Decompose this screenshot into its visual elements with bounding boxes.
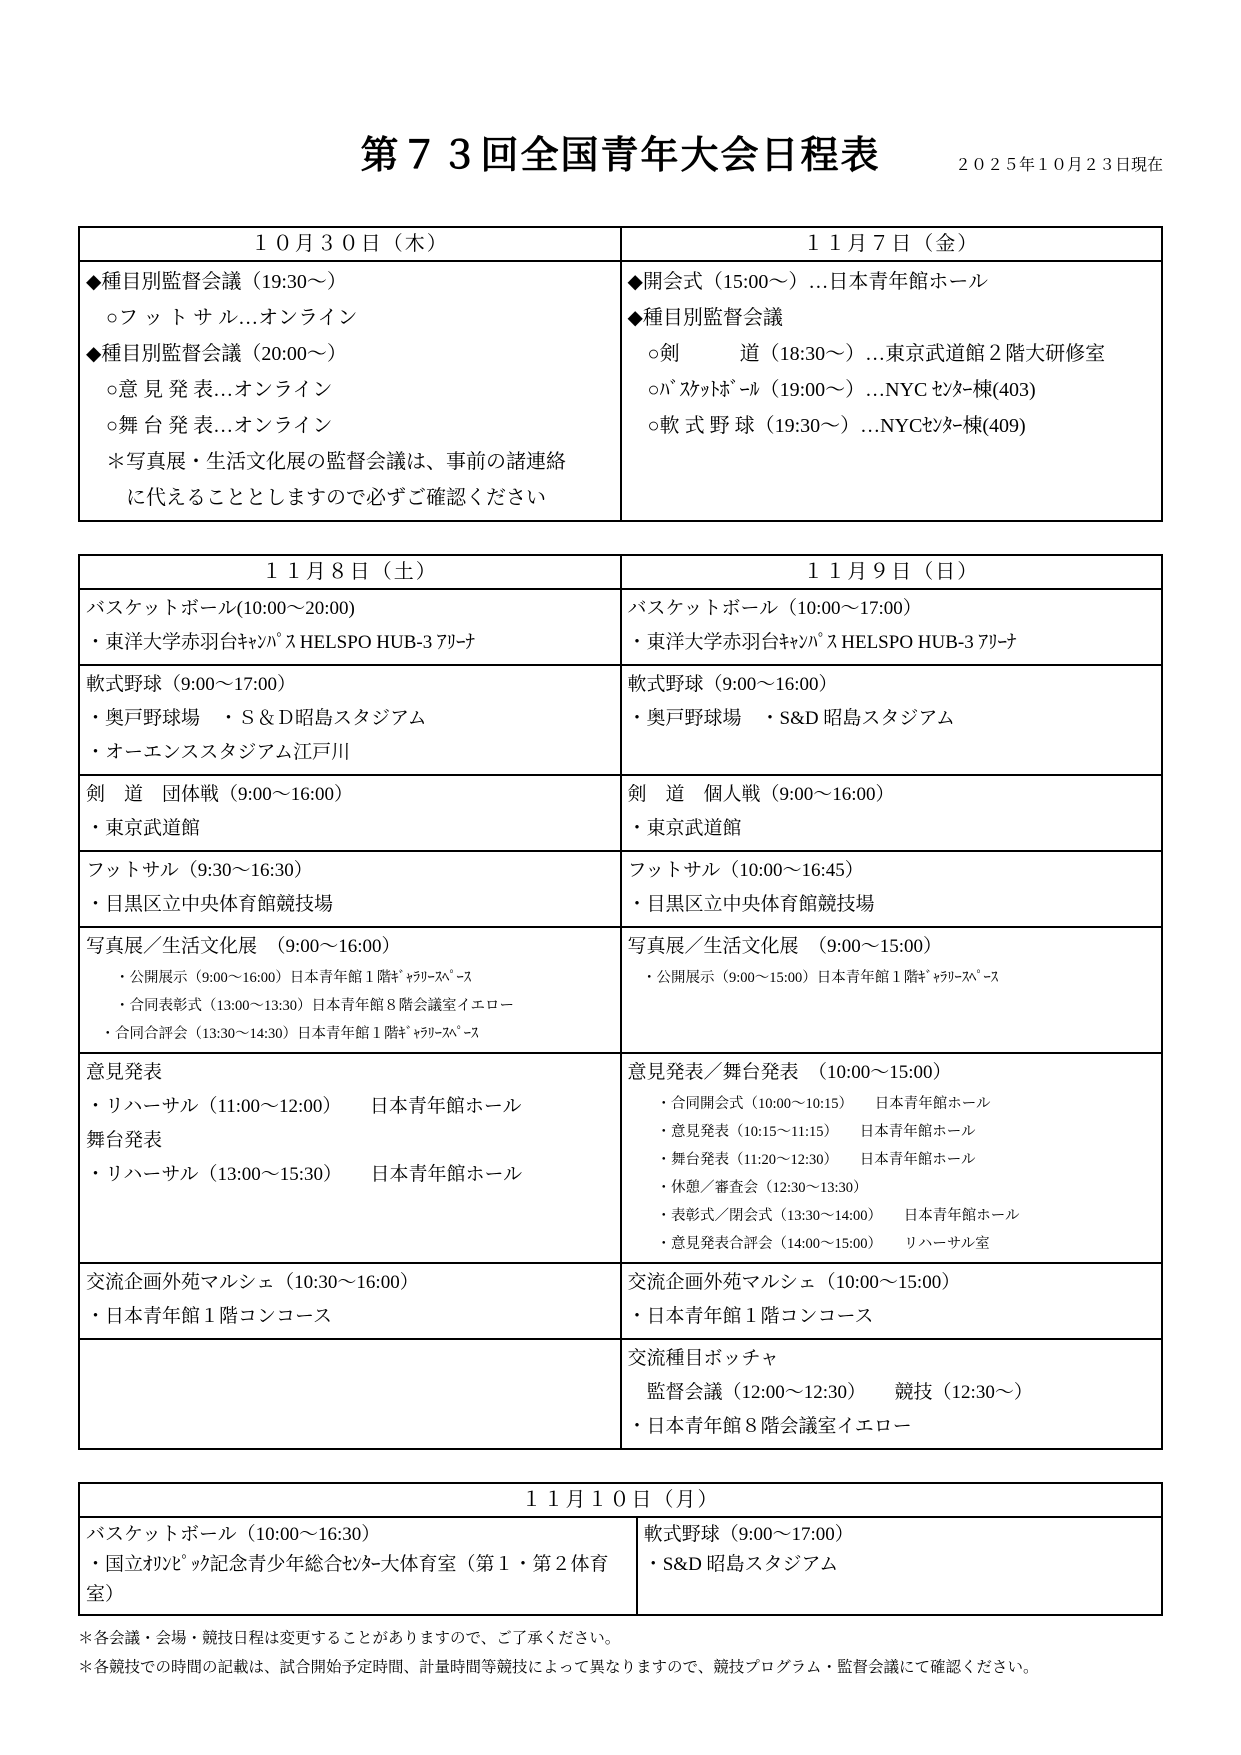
table-row: 交流種目ボッチャ 監督会議（12:00～12:30） 競技（12:30～）・日本… (79, 1339, 1162, 1449)
table-cell: 意見発表／舞台発表 （10:00～15:00） ・合同開会式（10:00～10:… (621, 1053, 1163, 1263)
table-cell: ◆種目別監督会議（19:30～） ○フ ッ ト サ ル…オンライン◆種目別監督会… (79, 261, 621, 521)
schedule-table-oct30-nov7: １０月３０日（木）１１月７日（金）◆種目別監督会議（19:30～） ○フ ッ ト… (78, 226, 1163, 522)
cell-line: ・公開展示（9:00～16:00）日本青年館１階ｷﾞｬﾗﾘｰｽﾍﾟｰｽ (86, 964, 616, 992)
cell-line: フットサル（9:30～16:30） (86, 854, 616, 888)
cell-line: ・オーエンススタジアム江戸川 (86, 736, 616, 770)
cell-line: ・日本青年館８階会議室イエロー (628, 1410, 1158, 1444)
table-cell: ◆開会式（15:00～）…日本青年館ホール◆種目別監督会議 ○剣 道（18:30… (621, 261, 1163, 521)
cell-line: ・東京武道館 (86, 812, 616, 846)
cell-line: ・リハーサル（13:00～15:30） 日本青年館ホール (86, 1158, 616, 1192)
table-header-row: １０月３０日（木）１１月７日（金） (79, 227, 1162, 261)
cell-line: 舞台発表 (86, 1124, 616, 1158)
table-row: バスケットボール(10:00～20:00)・東洋大学赤羽台ｷｬﾝﾊﾟｽ HELS… (79, 589, 1162, 665)
schedule-table-nov8-nov9: １１月８日（土）１１月９日（日）バスケットボール(10:00～20:00)・東洋… (78, 554, 1163, 1450)
cell-line: ○意 見 発 表…オンライン (86, 372, 616, 408)
cell-line: ・東洋大学赤羽台ｷｬﾝﾊﾟｽ HELSPO HUB-3 ｱﾘｰﾅ (86, 626, 616, 660)
table-cell (79, 1339, 621, 1449)
cell-line: ◆種目別監督会議（19:30～） (86, 264, 616, 300)
table-cell: 剣 道 団体戦（9:00～16:00）・東京武道館 (79, 775, 621, 851)
footnote-2: ＊各競技での時間の記載は、試合開始予定時間、計量時間等競技によって異なりますので… (78, 1657, 1163, 1679)
table-cell: フットサル（9:30～16:30）・目黒区立中央体育館競技場 (79, 851, 621, 927)
table-cell: 軟式野球（9:00～17:00）・S&D 昭島スタジアム (637, 1517, 1162, 1615)
table-header-cell: １０月３０日（木） (79, 227, 621, 261)
cell-line: 軟式野球（9:00～17:00） (644, 1520, 1157, 1550)
table-row: 剣 道 団体戦（9:00～16:00）・東京武道館剣 道 個人戦（9:00～16… (79, 775, 1162, 851)
cell-line: に代えることとしますので必ずご確認ください (86, 480, 616, 516)
table-row: バスケットボール（10:00～16:30）・国立ｵﾘﾝﾋﾟｯｸ記念青少年総合ｾﾝ… (79, 1517, 1162, 1615)
table-cell: 写真展／生活文化展 （9:00～16:00） ・公開展示（9:00～16:00）… (79, 927, 621, 1053)
table-row: フットサル（9:30～16:30）・目黒区立中央体育館競技場フットサル（10:0… (79, 851, 1162, 927)
cell-line: ・奥戸野球場 ・Ｓ＆Ｄ昭島スタジアム (86, 702, 616, 736)
table-cell: 交流企画外苑マルシェ（10:30～16:00）・日本青年館１階コンコース (79, 1263, 621, 1339)
cell-line: ○ﾊﾞｽｹｯﾄﾎﾞｰﾙ（19:00～）…NYC ｾﾝﾀｰ棟(403) (628, 372, 1158, 408)
cell-line: ・意見発表合評会（14:00～15:00） リハーサル室 (628, 1230, 1158, 1258)
table-header-row: １１月１０日（月） (79, 1483, 1162, 1517)
cell-line: ・国立ｵﾘﾝﾋﾟｯｸ記念青少年総合ｾﾝﾀｰ大体育室（第１・第２体育室） (86, 1550, 632, 1610)
footnotes: ＊各会議・会場・競技日程は変更することがありますので、ご了承ください。 ＊各競技… (78, 1628, 1163, 1679)
table-row: ◆種目別監督会議（19:30～） ○フ ッ ト サ ル…オンライン◆種目別監督会… (79, 261, 1162, 521)
table-header-row: １１月８日（土）１１月９日（日） (79, 555, 1162, 589)
cell-line: バスケットボール（10:00～16:30） (86, 1520, 632, 1550)
table-row: 交流企画外苑マルシェ（10:30～16:00）・日本青年館１階コンコース交流企画… (79, 1263, 1162, 1339)
document-page: 第７３回全国青年大会日程表 ２０２５年１０月２３日現在 １０月３０日（木）１１月… (0, 0, 1241, 1755)
table-cell: 交流企画外苑マルシェ（10:00～15:00）・日本青年館１階コンコース (621, 1263, 1163, 1339)
cell-line: バスケットボール(10:00～20:00) (86, 592, 616, 626)
table-cell: 意見発表・リハーサル（11:00～12:00） 日本青年館ホール舞台発表・リハー… (79, 1053, 621, 1263)
cell-line: ・日本青年館１階コンコース (86, 1300, 616, 1334)
cell-line: ・合同表彰式（13:00～13:30）日本青年館８階会議室イエロー (86, 992, 616, 1020)
cell-line: 剣 道 団体戦（9:00～16:00） (86, 778, 616, 812)
cell-line: 写真展／生活文化展 （9:00～16:00） (86, 930, 616, 964)
tables-container: １０月３０日（木）１１月７日（金）◆種目別監督会議（19:30～） ○フ ッ ト… (78, 226, 1163, 1616)
cell-line: ・日本青年館１階コンコース (628, 1300, 1158, 1334)
schedule-table-nov10: １１月１０日（月）バスケットボール（10:00～16:30）・国立ｵﾘﾝﾋﾟｯｸ… (78, 1482, 1163, 1616)
table-cell: フットサル（10:00～16:45）・目黒区立中央体育館競技場 (621, 851, 1163, 927)
cell-line: ◆種目別監督会議（20:00～） (86, 336, 616, 372)
cell-line: ・合同合評会（13:30～14:30）日本青年館１階ｷﾞｬﾗﾘｰｽﾍﾟｰｽ (86, 1020, 616, 1048)
cell-line: 剣 道 個人戦（9:00～16:00） (628, 778, 1158, 812)
table-header-cell: １１月８日（土） (79, 555, 621, 589)
cell-line: ◆開会式（15:00～）…日本青年館ホール (628, 264, 1158, 300)
cell-line: ・合同開会式（10:00～10:15） 日本青年館ホール (628, 1090, 1158, 1118)
table-cell: バスケットボール（10:00～16:30）・国立ｵﾘﾝﾋﾟｯｸ記念青少年総合ｾﾝ… (79, 1517, 637, 1615)
table-row: 意見発表・リハーサル（11:00～12:00） 日本青年館ホール舞台発表・リハー… (79, 1053, 1162, 1263)
title-row: 第７３回全国青年大会日程表 ２０２５年１０月２３日現在 (78, 130, 1163, 182)
cell-line: ・意見発表（10:15～11:15） 日本青年館ホール (628, 1118, 1158, 1146)
cell-line: フットサル（10:00～16:45） (628, 854, 1158, 888)
cell-line: ・S&D 昭島スタジアム (644, 1550, 1157, 1580)
table-header-cell: １１月１０日（月） (79, 1483, 1162, 1517)
cell-line: 交流種目ボッチャ (628, 1342, 1158, 1376)
cell-line: ・東京武道館 (628, 812, 1158, 846)
cell-line: バスケットボール（10:00～17:00） (628, 592, 1158, 626)
cell-line: ○舞 台 発 表…オンライン (86, 408, 616, 444)
table-cell: 写真展／生活文化展 （9:00～15:00） ・公開展示（9:00～15:00）… (621, 927, 1163, 1053)
cell-line: 意見発表 (86, 1056, 616, 1090)
cell-line: ・リハーサル（11:00～12:00） 日本青年館ホール (86, 1090, 616, 1124)
cell-line: ・表彰式／閉会式（13:30～14:00） 日本青年館ホール (628, 1202, 1158, 1230)
cell-line: ・公開展示（9:00～15:00）日本青年館１階ｷﾞｬﾗﾘｰｽﾍﾟｰｽ (628, 964, 1158, 992)
cell-line: 監督会議（12:00～12:30） 競技（12:30～） (628, 1376, 1158, 1410)
date-note: ２０２５年１０月２３日現在 (955, 156, 1163, 176)
cell-line: ・奥戸野球場 ・S&D 昭島スタジアム (628, 702, 1158, 736)
table-cell: バスケットボール(10:00～20:00)・東洋大学赤羽台ｷｬﾝﾊﾟｽ HELS… (79, 589, 621, 665)
footnote-1: ＊各会議・会場・競技日程は変更することがありますので、ご了承ください。 (78, 1628, 1163, 1650)
table-cell: 軟式野球（9:00～17:00）・奥戸野球場 ・Ｓ＆Ｄ昭島スタジアム・オーエンス… (79, 665, 621, 775)
cell-line: ・舞台発表（11:20～12:30） 日本青年館ホール (628, 1146, 1158, 1174)
cell-line: 軟式野球（9:00～17:00） (86, 668, 616, 702)
cell-line: 意見発表／舞台発表 （10:00～15:00） (628, 1056, 1158, 1090)
cell-line: ○剣 道（18:30～）…東京武道館２階大研修室 (628, 336, 1158, 372)
table-row: 写真展／生活文化展 （9:00～16:00） ・公開展示（9:00～16:00）… (79, 927, 1162, 1053)
cell-line: 写真展／生活文化展 （9:00～15:00） (628, 930, 1158, 964)
cell-line: ・目黒区立中央体育館競技場 (628, 888, 1158, 922)
cell-line: ◆種目別監督会議 (628, 300, 1158, 336)
cell-line: 軟式野球（9:00～16:00） (628, 668, 1158, 702)
table-header-cell: １１月９日（日） (621, 555, 1163, 589)
table-cell: バスケットボール（10:00～17:00）・東洋大学赤羽台ｷｬﾝﾊﾟｽ HELS… (621, 589, 1163, 665)
table-row: 軟式野球（9:00～17:00）・奥戸野球場 ・Ｓ＆Ｄ昭島スタジアム・オーエンス… (79, 665, 1162, 775)
table-cell: 軟式野球（9:00～16:00）・奥戸野球場 ・S&D 昭島スタジアム (621, 665, 1163, 775)
cell-line: ＊写真展・生活文化展の監督会議は、事前の諸連絡 (86, 444, 616, 480)
cell-line: ・目黒区立中央体育館競技場 (86, 888, 616, 922)
cell-line: ・東洋大学赤羽台ｷｬﾝﾊﾟｽ HELSPO HUB-3 ｱﾘｰﾅ (628, 626, 1158, 660)
table-cell: 剣 道 個人戦（9:00～16:00）・東京武道館 (621, 775, 1163, 851)
cell-line: 交流企画外苑マルシェ（10:30～16:00） (86, 1266, 616, 1300)
cell-line: ・休憩／審査会（12:30～13:30） (628, 1174, 1158, 1202)
cell-line: ○フ ッ ト サ ル…オンライン (86, 300, 616, 336)
cell-line: ○軟 式 野 球（19:30～）…NYCｾﾝﾀｰ棟(409) (628, 408, 1158, 444)
table-cell: 交流種目ボッチャ 監督会議（12:00～12:30） 競技（12:30～）・日本… (621, 1339, 1163, 1449)
cell-line: 交流企画外苑マルシェ（10:00～15:00） (628, 1266, 1158, 1300)
table-header-cell: １１月７日（金） (621, 227, 1163, 261)
